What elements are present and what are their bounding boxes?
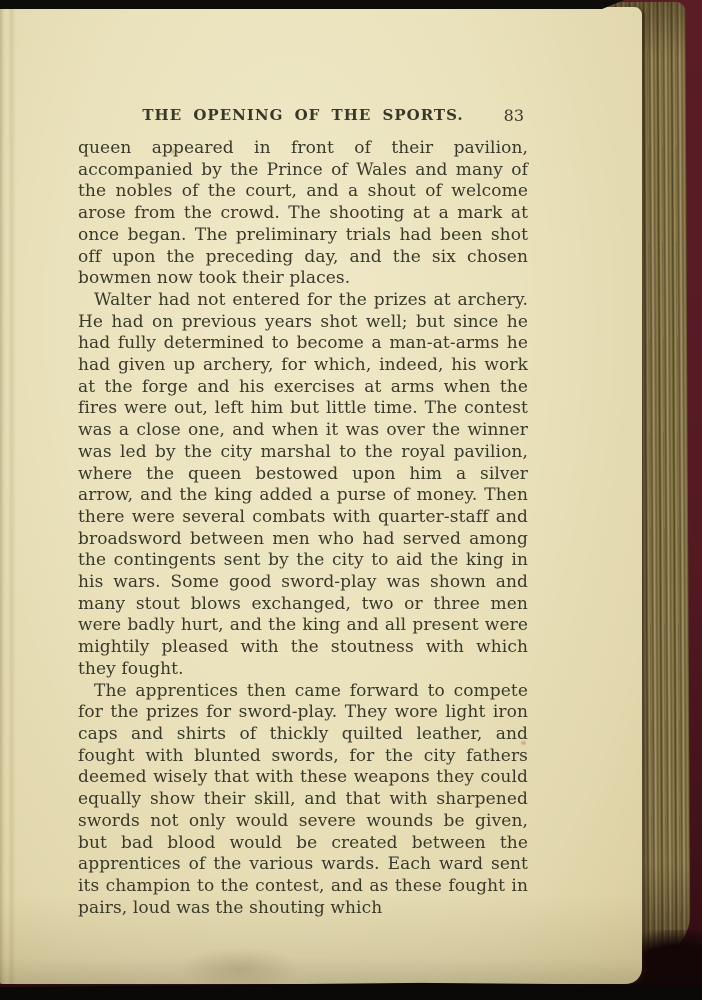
page-number: 83 (504, 106, 524, 125)
book-page: THE OPENING OF THE SPORTS. 83 queen appe… (0, 7, 642, 984)
paragraph: The apprentices then came forward to com… (78, 681, 528, 920)
body-text: queen appeared in front of their pavilio… (78, 138, 528, 919)
photo-border-top (0, 0, 624, 9)
page-header: THE OPENING OF THE SPORTS. 83 (78, 106, 528, 128)
paper-blemish (180, 947, 300, 989)
scanned-book-photo: THE OPENING OF THE SPORTS. 83 queen appe… (0, 0, 702, 1000)
running-head: THE OPENING OF THE SPORTS. (78, 106, 528, 124)
paragraph: queen appeared in front of their pavilio… (78, 138, 528, 290)
paragraph: Walter had not entered for the prizes at… (78, 290, 528, 681)
